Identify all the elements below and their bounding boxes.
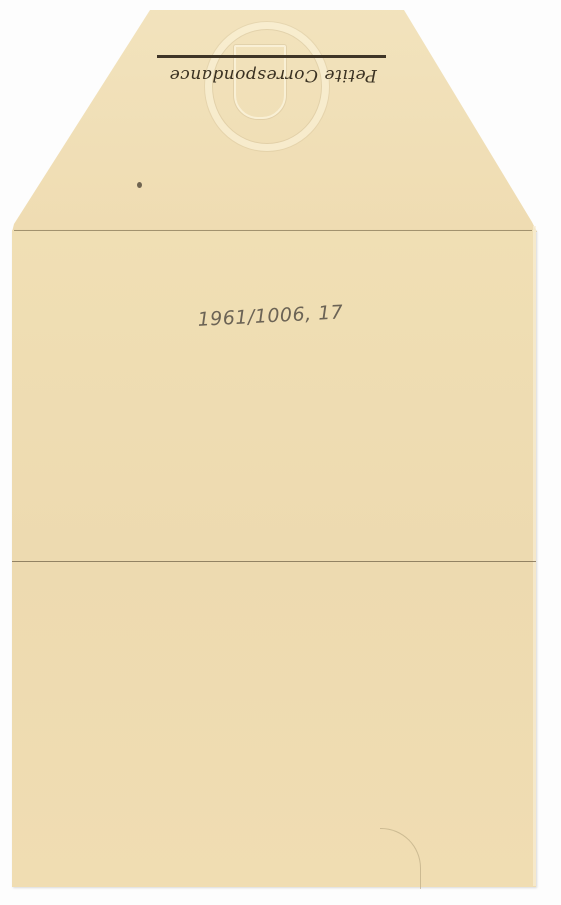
letter-card: Petite Correspondance 1961/1006, 17 xyxy=(0,0,561,905)
card-edge xyxy=(533,226,536,886)
printed-heading: Petite Correspondance xyxy=(160,61,386,89)
pencil-annotation: 1961/1006, 17 xyxy=(197,301,349,349)
paper-spot xyxy=(137,182,142,188)
heading-rule xyxy=(157,55,386,58)
center-fold-line xyxy=(12,561,536,562)
flap-fold-line xyxy=(14,230,532,231)
